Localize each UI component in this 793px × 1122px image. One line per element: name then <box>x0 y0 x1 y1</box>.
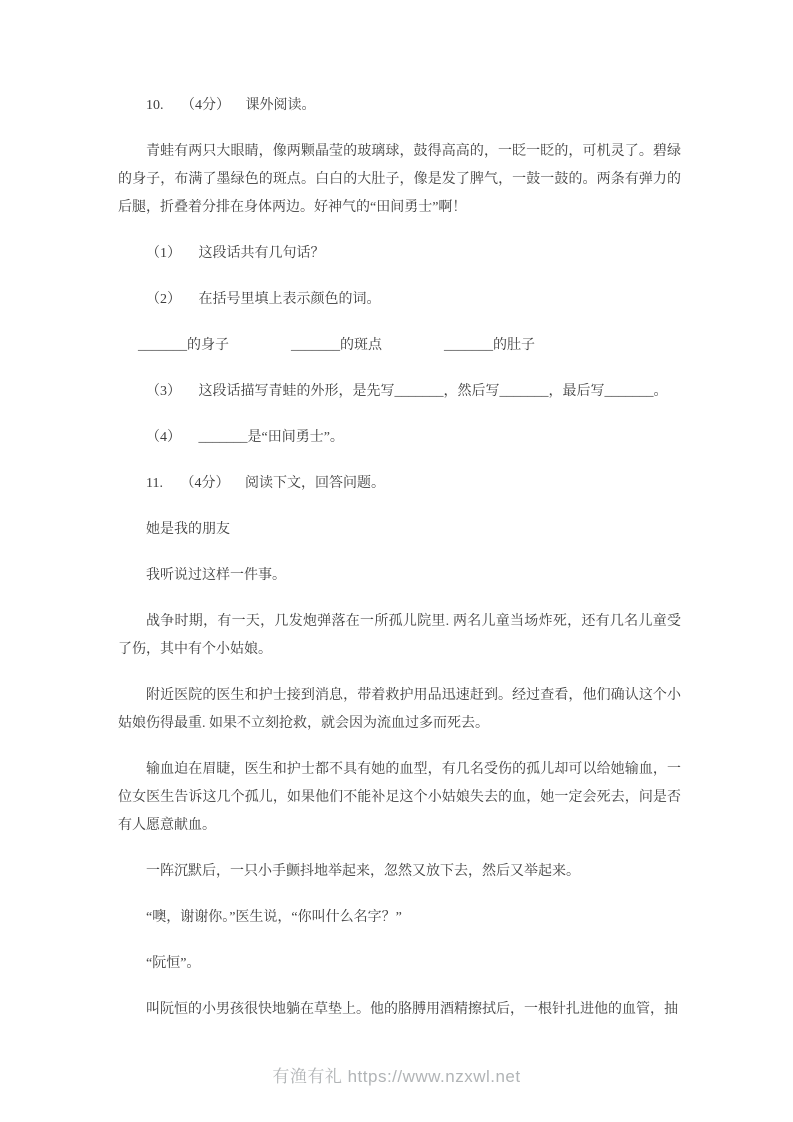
exam-page: 10. （4分） 课外阅读。 青蛙有两只大眼睛，像两颗晶莹的玻璃球，鼓得高高的，… <box>0 0 793 1122</box>
story-paragraph-4: 输血迫在眉睫，医生和护士都不具有她的血型，有几名受伤的孤儿却可以给她输血，一位女… <box>118 756 681 840</box>
question-10-passage: 青蛙有两只大眼睛，像两颗晶莹的玻璃球，鼓得高高的，一眨一眨的，可机灵了。碧绿的身… <box>118 138 681 222</box>
sub-question-4-number: （4） <box>146 430 181 445</box>
footer-watermark: 有渔有礼 https://www.nzxwl.net <box>0 1063 793 1091</box>
story-paragraph-5: 一阵沉默后，一只小手颤抖地举起来，忽然又放下去，然后又举起来。 <box>118 858 681 886</box>
sub-question-4-text: _______是“田间勇士”。 <box>199 430 344 445</box>
question-11-title: 阅读下文，回答问题。 <box>245 476 385 491</box>
fill-in-blank-row: _______的身子 _______的斑点 _______的肚子 <box>118 332 681 360</box>
fill-in-blank-spots: _______的斑点 <box>291 332 382 360</box>
question-10-points: （4分） <box>181 98 230 113</box>
story-paragraph-7: “阮恒”。 <box>118 950 681 978</box>
sub-question-3-text: 这段话描写青蛙的外形，是先写_______，然后写_______，最后写____… <box>199 384 668 399</box>
story-paragraph-1: 我听说过这样一件事。 <box>118 562 681 590</box>
fill-in-blank-belly: _______的肚子 <box>444 332 535 360</box>
sub-question-3: （3） 这段话描写青蛙的外形，是先写_______，然后写_______，最后写… <box>118 378 681 406</box>
question-11-points: （4分） <box>180 476 229 491</box>
sub-question-3-number: （3） <box>146 384 181 399</box>
story-paragraph-6: “噢，谢谢你。”医生说，“你叫什么名字？” <box>118 904 681 932</box>
question-11-number: 11. <box>146 476 163 491</box>
story-title: 她是我的朋友 <box>118 516 681 544</box>
sub-question-1: （1） 这段话共有几句话？ <box>118 240 681 268</box>
sub-question-2-text: 在括号里填上表示颜色的词。 <box>199 292 381 307</box>
question-11-heading: 11. （4分） 阅读下文，回答问题。 <box>118 470 681 498</box>
sub-question-2: （2） 在括号里填上表示颜色的词。 <box>118 286 681 314</box>
story-paragraph-2: 战争时期，有一天，几发炮弹落在一所孤儿院里. 两名儿童当场炸死，还有几名儿童受了… <box>118 608 681 664</box>
fill-in-blank-body: _______的身子 <box>138 332 229 360</box>
story-paragraph-8: 叫阮恒的小男孩很快地躺在草垫上。他的胳膊用酒精擦拭后，一根针扎进他的血管，抽 <box>118 996 681 1024</box>
sub-question-1-number: （1） <box>146 246 181 261</box>
question-10-number: 10. <box>146 98 164 113</box>
story-paragraph-3: 附近医院的医生和护士接到消息，带着救护用品迅速赶到。经过查看，他们确认这个小姑娘… <box>118 682 681 738</box>
sub-question-1-text: 这段话共有几句话？ <box>199 246 325 261</box>
sub-question-2-number: （2） <box>146 292 181 307</box>
question-10-title: 课外阅读。 <box>246 98 316 113</box>
sub-question-4: （4） _______是“田间勇士”。 <box>118 424 681 452</box>
question-10-heading: 10. （4分） 课外阅读。 <box>118 92 681 120</box>
